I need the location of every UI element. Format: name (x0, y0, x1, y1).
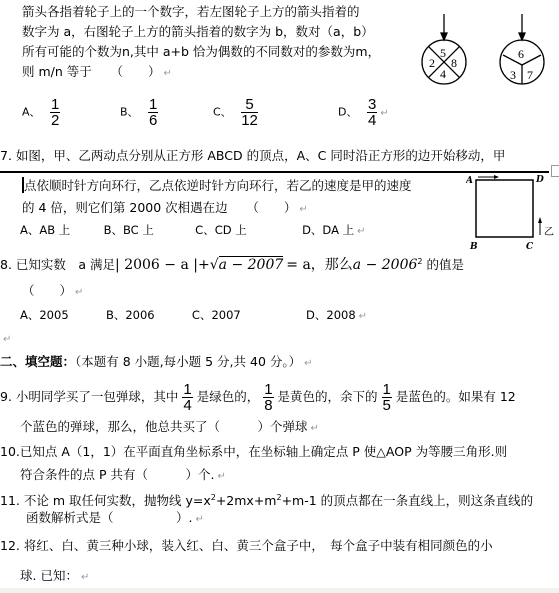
wheels-figure: 5 8 4 2 6 3 7 (415, 12, 559, 92)
label-yi: 乙 (544, 226, 554, 238)
svg-text:7: 7 (527, 68, 533, 82)
q6-stem-end: 则 m/n 等于 （ ） (22, 64, 161, 79)
svg-text:2: 2 (429, 56, 435, 70)
q7-option-a[interactable]: A、AB 上 (20, 223, 70, 237)
q8-option-a[interactable]: A、2005 (20, 308, 69, 322)
label-c: C (526, 242, 534, 252)
paragraph-mark-icon: ↵ (164, 68, 172, 79)
section-2-header: 二、填空题：（本题有 8 小题,每小题 5 分,共 40 分。）↵ (0, 354, 313, 372)
q6-line-4: 则 m/n 等于 （ ）↵ (22, 64, 172, 82)
q6-option-c[interactable]: C、 512 (213, 97, 258, 128)
svg-text:6: 6 (518, 47, 524, 61)
square-figure: A D B C 乙 (466, 173, 559, 253)
q7-option-d[interactable]: D、DA 上 (302, 223, 354, 237)
svg-text:8: 8 (451, 56, 457, 70)
q8-option-c[interactable]: C、2007 (192, 308, 241, 322)
section-2-title: 二、填空题： (0, 354, 75, 369)
q8-abs-expr: | 2006 − a | (115, 257, 198, 273)
q8-option-d[interactable]: D、2008 (306, 308, 356, 322)
label-b: B (469, 242, 478, 252)
svg-text:4: 4 (440, 67, 446, 81)
label-d: D (535, 175, 544, 185)
q11-line-1: 11. 不论 m 取任何实数，抛物线 y=x2+2mx+m2+m-1 的顶点都在… (0, 490, 533, 509)
q7-option-c[interactable]: C、CD 上 (195, 223, 247, 237)
svg-text:3: 3 (510, 68, 516, 82)
q7-line-3: 的 4 倍，则它们第 2000 次相遇在边 （ ）↵ (22, 200, 308, 218)
q6-option-b[interactable]: B、 16 (120, 97, 158, 128)
q11-line-2: 函数解析式是（ ）.↵ (26, 510, 204, 528)
q8-options: A、2005 B、2006 C、2007 D、2008↵ (20, 307, 367, 325)
left-wheel-5: 5 (440, 46, 446, 60)
q8-line-1: 8. 已知实数 a 满足| 2006 − a |+√a − 2007= a，那么… (0, 252, 464, 275)
empty-paragraph: ↵ (0, 330, 11, 348)
q8-blank: （ ）↵ (22, 283, 83, 301)
q10-line-1: 10.已知点 A（1，1）在平面直角坐标系中，在坐标轴上确定点 P 使△AOP … (0, 444, 507, 460)
q6-line-3: 所有可能的个数为n,其中 a+b 恰为偶数的不同数对的参数为m， (22, 44, 380, 60)
q7-options: A、AB 上 B、BC 上 C、CD 上 D、DA 上↵ (20, 222, 365, 240)
q6-option-a[interactable]: A、 12 (22, 97, 60, 128)
q9-line-1: 9. 小明同学买了一包弹球，其中 14 是绿色的， 18 是黄色的，余下的 15… (0, 377, 516, 417)
q12-line-2: 球. 已知：↵ (20, 568, 89, 586)
section-2-note: （本题有 8 小题,每小题 5 分,共 40 分。） (75, 354, 301, 369)
q6-line-1: 箭头各指着轮子上的一个数字，若左图轮子上方的箭头指着的 (22, 4, 360, 20)
q7-line-2: 点依顺时针方向环行，乙点依逆时针方向环行，若乙的速度是甲的速度 (24, 178, 412, 194)
label-a: A (466, 176, 473, 186)
q10-line-2: 符合条件的点 P 共有（ ）个.↵ (20, 467, 226, 485)
q7-line-1: 7. 如图，甲、乙两动点分别从正方形 ABCD 的顶点，A、C 同时沿正方形的边… (0, 148, 505, 164)
q8-option-b[interactable]: B、2006 (106, 308, 155, 322)
q6-option-d[interactable]: D、 34↵ (338, 97, 389, 128)
q8-sqrt-expr: a − 2007 (219, 256, 284, 273)
q7-option-b[interactable]: B、BC 上 (104, 223, 154, 237)
bottom-strip (0, 588, 559, 593)
q6-line-2: 数字为 a，右图轮子上方的箭头指着的数字为 b，数对（a，b） (22, 24, 374, 40)
q9-line-2: 个蓝色的弹球，那么，他总共买了（ ）个弹球↵ (20, 419, 319, 437)
q12-line-1: 12. 将红、白、黄三种小球，装入红、白、黄三个盒子中， 每个盒子中装有相同颜色… (0, 538, 493, 554)
